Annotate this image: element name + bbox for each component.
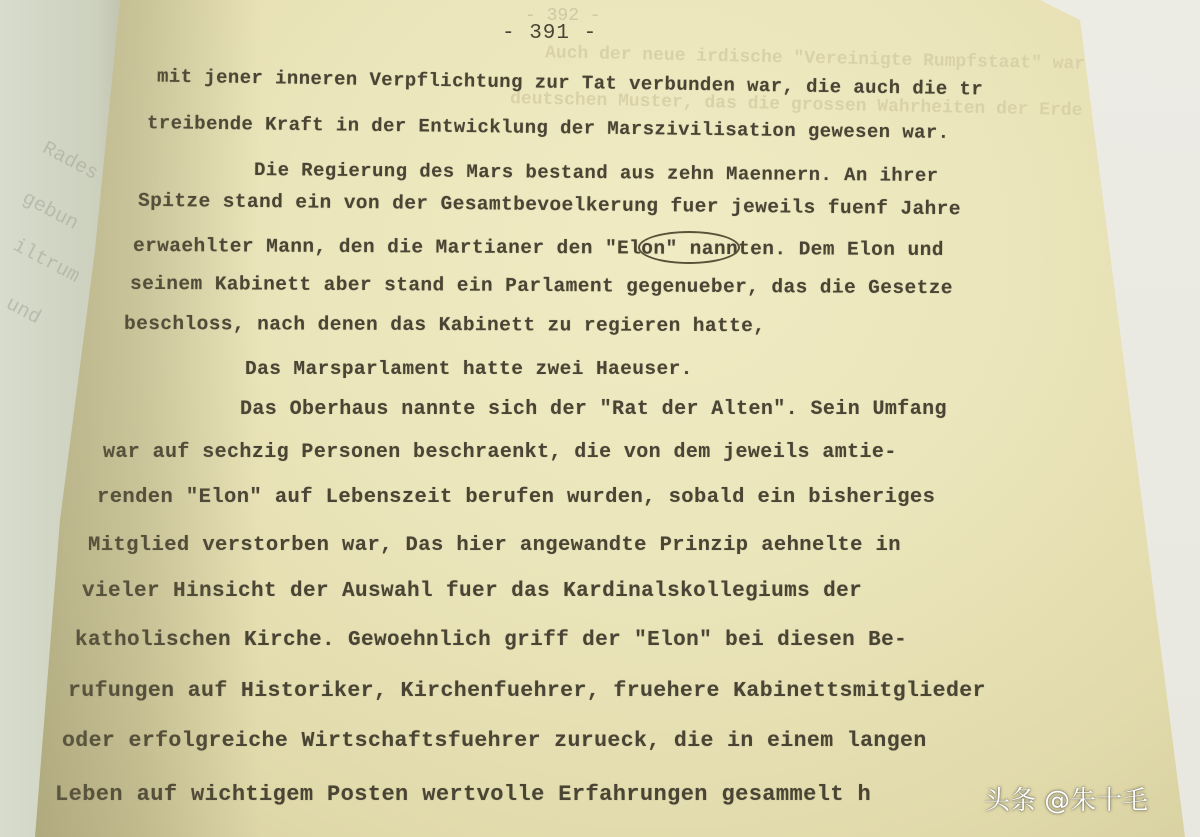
text-line: oder erfolgreiche Wirtschaftsfuehrer zur… <box>62 729 927 753</box>
previous-page-ghost-text: Rades <box>38 137 102 185</box>
text-line: Mitglied verstorben war, Das hier angewa… <box>88 534 901 557</box>
text-line: seinem Kabinett aber stand ein Parlament… <box>130 273 953 299</box>
text-line: rufungen auf Historiker, Kirchenfuehrer,… <box>68 679 986 703</box>
text-line: Leben auf wichtigem Posten wertvolle Erf… <box>55 782 871 807</box>
text-line: renden "Elon" auf Lebenszeit berufen wur… <box>97 486 935 509</box>
text-line: erwaehlter Mann, den die Martianer den "… <box>133 235 944 261</box>
text-line: beschloss, nach denen das Kabinett zu re… <box>124 313 765 337</box>
typewritten-page: - 392 - Auch der neue irdische "Vereinig… <box>0 0 1200 837</box>
previous-page-ghost-text: und <box>2 293 45 330</box>
text-line: Die Regierung des Mars bestand aus zehn … <box>254 159 939 187</box>
previous-page-ghost-text: gebun <box>18 187 82 235</box>
text-line: Das Marsparlament hatte zwei Haeuser. <box>245 358 693 380</box>
page-number: - 391 - <box>502 22 597 45</box>
previous-page-ghost-text: iltrum <box>9 234 83 288</box>
text-line: Spitze stand ein von der Gesamtbevoelker… <box>138 190 961 221</box>
text-line: treibende Kraft in der Entwicklung der M… <box>147 112 950 144</box>
text-line: katholischen Kirche. Gewoehnlich griff d… <box>75 629 907 652</box>
circled-annotation <box>638 231 740 264</box>
watermark: 头条 @朱十毛 <box>984 780 1148 817</box>
text-line: war auf sechzig Personen beschraenkt, di… <box>103 441 897 464</box>
text-line: vieler Hinsicht der Auswahl fuer das Kar… <box>82 580 862 603</box>
text-line: Das Oberhaus nannte sich der "Rat der Al… <box>240 398 947 421</box>
